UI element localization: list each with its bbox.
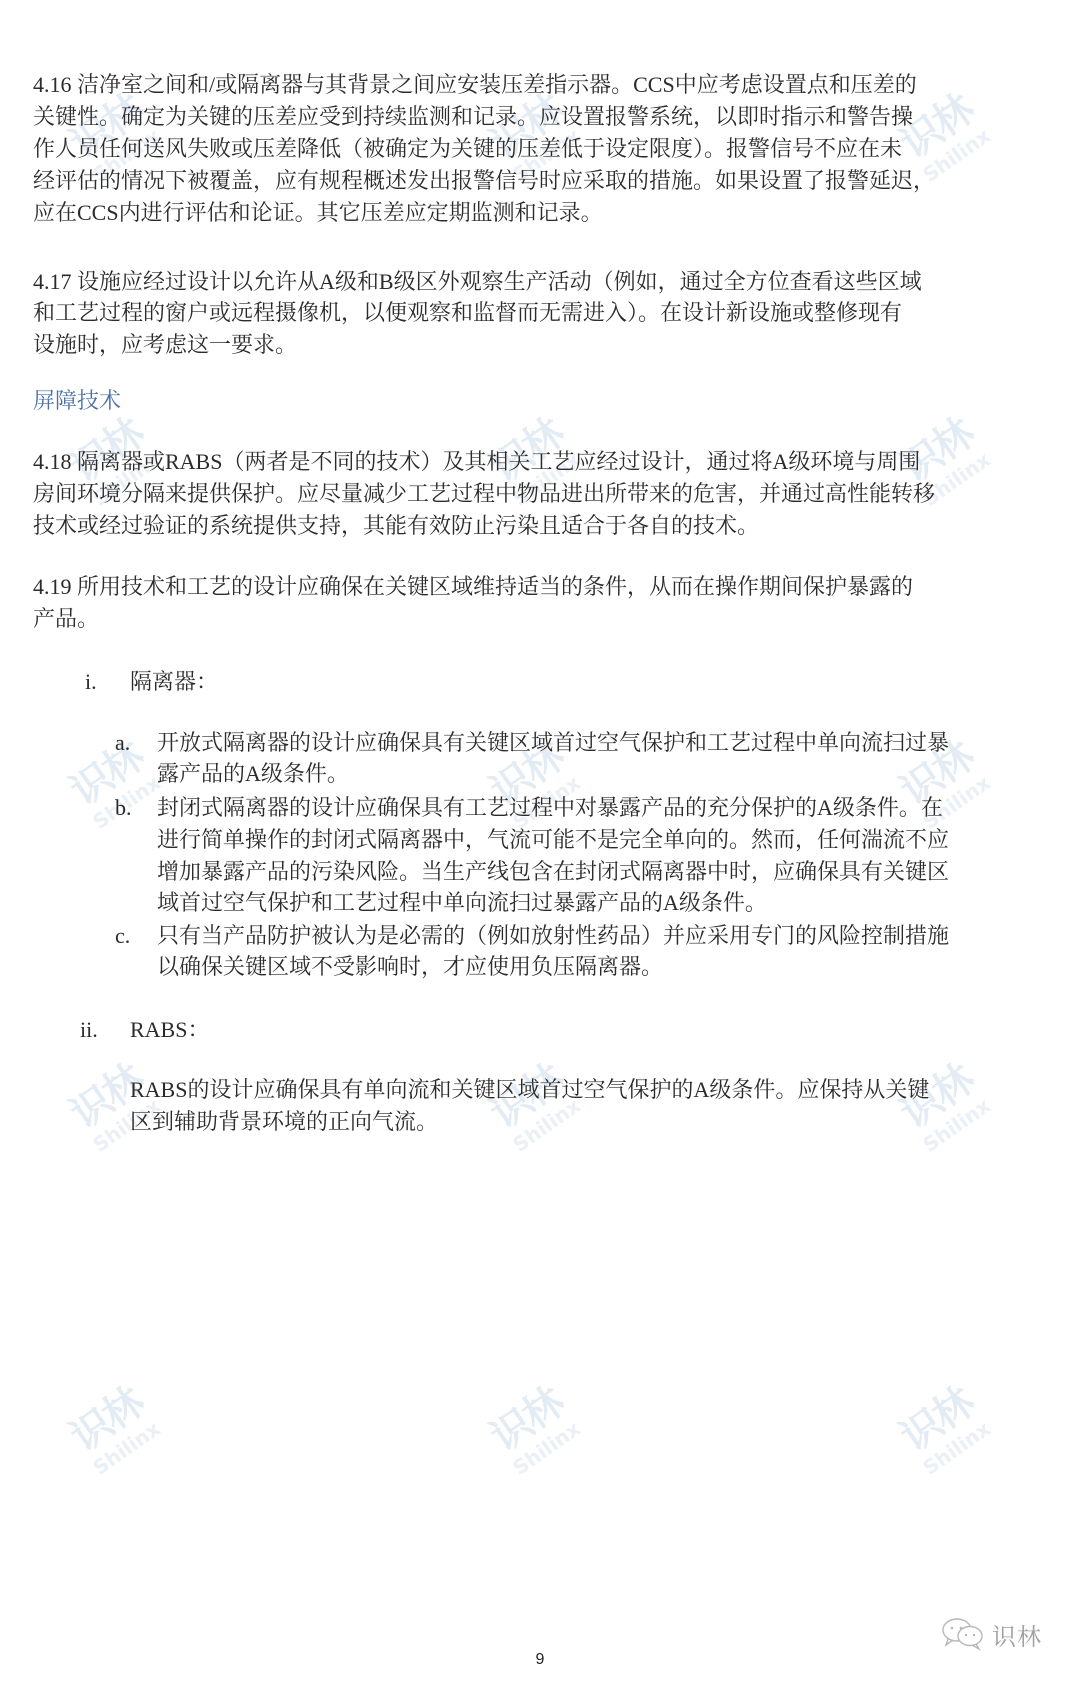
- text-line: 露产品的A级条件。: [157, 758, 349, 790]
- text-line: 4.18 隔离器或RABS（两者是不同的技术）及其相关工艺应经过设计，通过将A级…: [33, 446, 920, 478]
- text-line: 封闭式隔离器的设计应确保具有工艺过程中对暴露产品的充分保护的A级条件。在: [157, 792, 943, 824]
- text-line: 增加暴露产品的污染风险。当生产线包含在封闭式隔离器中时，应确保具有关键区: [157, 856, 949, 888]
- text-line: 和工艺过程的窗户或远程摄像机，以便观察和监督而无需进入）。在设计新设施或整修现有: [33, 297, 902, 329]
- page-number: 9: [536, 1651, 545, 1669]
- text-line: 域首过空气保护和工艺过程中单向流扫过暴露产品的A级条件。: [157, 887, 767, 919]
- sub-item-label: a.: [115, 727, 130, 759]
- wechat-brand: 识林: [940, 1617, 1042, 1651]
- list-label: i.: [85, 666, 97, 698]
- text-line: 经评估的情况下被覆盖，应有规程概述发出报警信号时应采取的措施。如果设置了报警延迟…: [33, 165, 935, 197]
- document-page: 识林Shilinx 识林Shilinx 识林Shilinx 识林Shilinx …: [0, 0, 1080, 1682]
- wechat-icon: [940, 1617, 986, 1651]
- text-line: 技术或经过验证的系统提供支持，其能有效防止污染且适合于各自的技术。: [33, 510, 759, 542]
- text-line: 作人员任何送风失败或压差降低（被确定为关键的压差低于设定限度）。报警信号不应在未: [33, 133, 902, 165]
- list-title: 隔离器：: [130, 666, 218, 698]
- text-line: 关键性。确定为关键的压差应受到持续监测和记录。应设置报警系统，以即时指示和警告操: [33, 101, 913, 133]
- text-line: 区到辅助背景环境的正向气流。: [130, 1106, 438, 1138]
- text-line: 产品。: [33, 603, 99, 635]
- text-line: 进行简单操作的封闭式隔离器中，气流可能不是完全单向的。然而，任何湍流不应: [157, 824, 949, 856]
- text-line: RABS的设计应确保具有单向流和关键区域首过空气保护的A级条件。应保持从关键: [130, 1074, 929, 1106]
- text-line: 设施时，应考虑这一要求。: [33, 329, 297, 361]
- text-line: 只有当产品防护被认为是必需的（例如放射性药品）并应采用专门的风险控制措施: [157, 920, 949, 952]
- text-line: 开放式隔离器的设计应确保具有关键区域首过空气保护和工艺过程中单向流扫过暴: [157, 727, 949, 759]
- sub-item-label: c.: [115, 920, 130, 952]
- text-line: 4.17 设施应经过设计以允许从A级和B级区外观察生产活动（例如，通过全方位查看…: [33, 266, 922, 298]
- text-line: 4.16 洁净室之间和/或隔离器与其背景之间应安装压差指示器。CCS中应考虑设置…: [33, 69, 917, 101]
- text-line: 4.19 所用技术和工艺的设计应确保在关键区域维持适当的条件，从而在操作期间保护…: [33, 571, 913, 603]
- text-line: 房间环境分隔来提供保护。应尽量减少工艺过程中物品进出所带来的危害，并通过高性能转…: [33, 478, 935, 510]
- section-heading: 屏障技术: [33, 386, 121, 418]
- list-title: RABS：: [130, 1014, 209, 1046]
- document-content: 4.16 洁净室之间和/或隔离器与其背景之间应安装压差指示器。CCS中应考虑设置…: [0, 0, 1080, 1682]
- brand-name: 识林: [992, 1617, 1042, 1652]
- list-label: ii.: [80, 1014, 98, 1046]
- text-line: 以确保关键区域不受影响时，才应使用负压隔离器。: [157, 951, 663, 983]
- text-line: 应在CCS内进行评估和论证。其它压差应定期监测和记录。: [33, 197, 603, 229]
- sub-item-label: b.: [115, 792, 132, 824]
